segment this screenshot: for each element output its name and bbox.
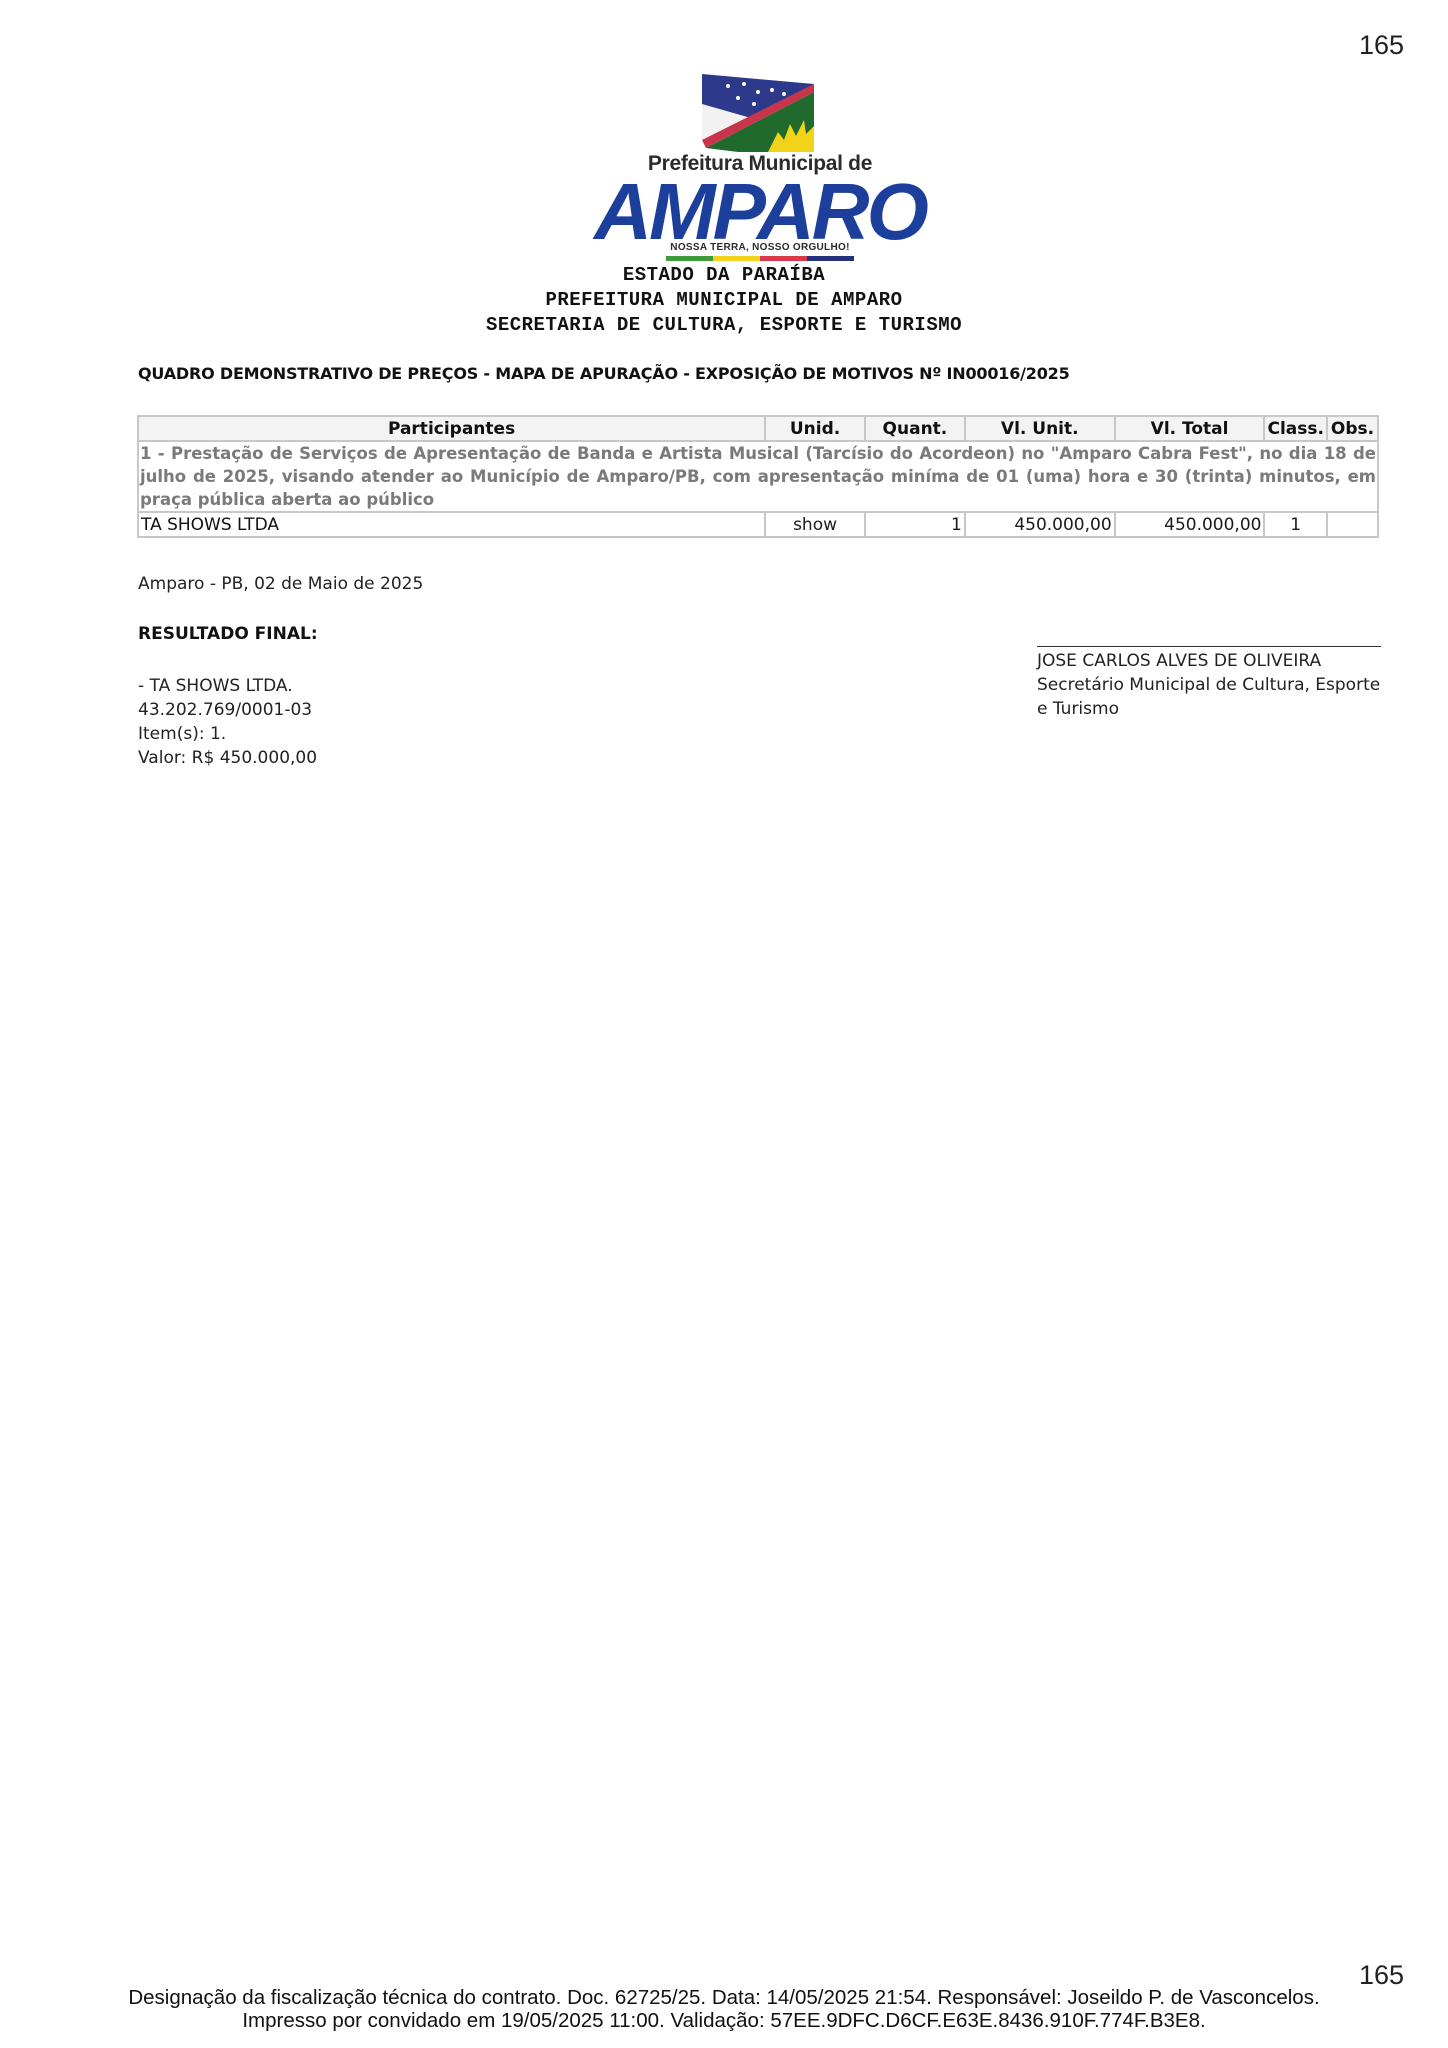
item-description: 1 - Prestação de Serviços de Apresentaçã… [138,441,1378,512]
result-company: - TA SHOWS LTDA. [138,674,317,698]
cell-vl-total: 450.000,00 [1115,512,1265,537]
page-number-top: 165 [1359,30,1404,61]
logo-color-band [666,256,854,261]
result-cnpj: 43.202.769/0001-03 [138,698,317,722]
signature-block: JOSE CARLOS ALVES DE OLIVEIRA Secretário… [1037,646,1381,721]
column-header: Vl. Total [1115,416,1265,441]
header-secretariat: SECRETARIA DE CULTURA, ESPORTE E TURISMO [0,314,1448,336]
signatory-role: Secretário Municipal de Cultura, Esporte… [1037,673,1381,721]
footer-line-validation: Impresso por convidado em 19/05/2025 11:… [0,2009,1448,2032]
logo-slogan: NOSSA TERRA, NOSSO ORGULHO! [666,242,854,253]
footer: Designação da fiscalização técnica do co… [0,1986,1448,2032]
column-header: Unid. [765,416,865,441]
result-title: RESULTADO FINAL: [138,624,318,644]
column-header: Class. [1264,416,1326,441]
column-header: Vl. Unit. [965,416,1115,441]
cell-vl-unit: 450.000,00 [965,512,1115,537]
cell-obs [1327,512,1378,537]
cell-participante: TA SHOWS LTDA [138,512,765,537]
document-title: QUADRO DEMONSTRATIVO DE PREÇOS - MAPA DE… [138,364,1070,383]
header-prefecture: PREFEITURA MUNICIPAL DE AMPARO [0,289,1448,311]
municipality-logo: Prefeitura Municipal de AMPARO NOSSA TER… [590,60,930,265]
result-details: - TA SHOWS LTDA. 43.202.769/0001-03 Item… [138,674,317,770]
result-value: Valor: R$ 450.000,00 [138,746,317,770]
footer-line-document: Designação da fiscalização técnica do co… [0,1986,1448,2009]
flag-icon [698,70,818,155]
result-items: Item(s): 1. [138,722,317,746]
header-state: ESTADO DA PARAÍBA [0,264,1448,286]
cell-unid: show [765,512,865,537]
table-header-row: Participantes Unid. Quant. Vl. Unit. Vl.… [138,416,1378,441]
column-header: Participantes [138,416,765,441]
place-date: Amparo - PB, 02 de Maio de 2025 [138,574,423,594]
column-header: Obs. [1327,416,1378,441]
item-description-row: 1 - Prestação de Serviços de Apresentaçã… [138,441,1378,512]
column-header: Quant. [865,416,965,441]
price-table: Participantes Unid. Quant. Vl. Unit. Vl.… [137,415,1379,538]
signatory-name: JOSE CARLOS ALVES DE OLIVEIRA [1037,649,1381,673]
table-row: TA SHOWS LTDA show 1 450.000,00 450.000,… [138,512,1378,537]
cell-class: 1 [1264,512,1326,537]
cell-quant: 1 [865,512,965,537]
signature-line [1037,646,1381,647]
